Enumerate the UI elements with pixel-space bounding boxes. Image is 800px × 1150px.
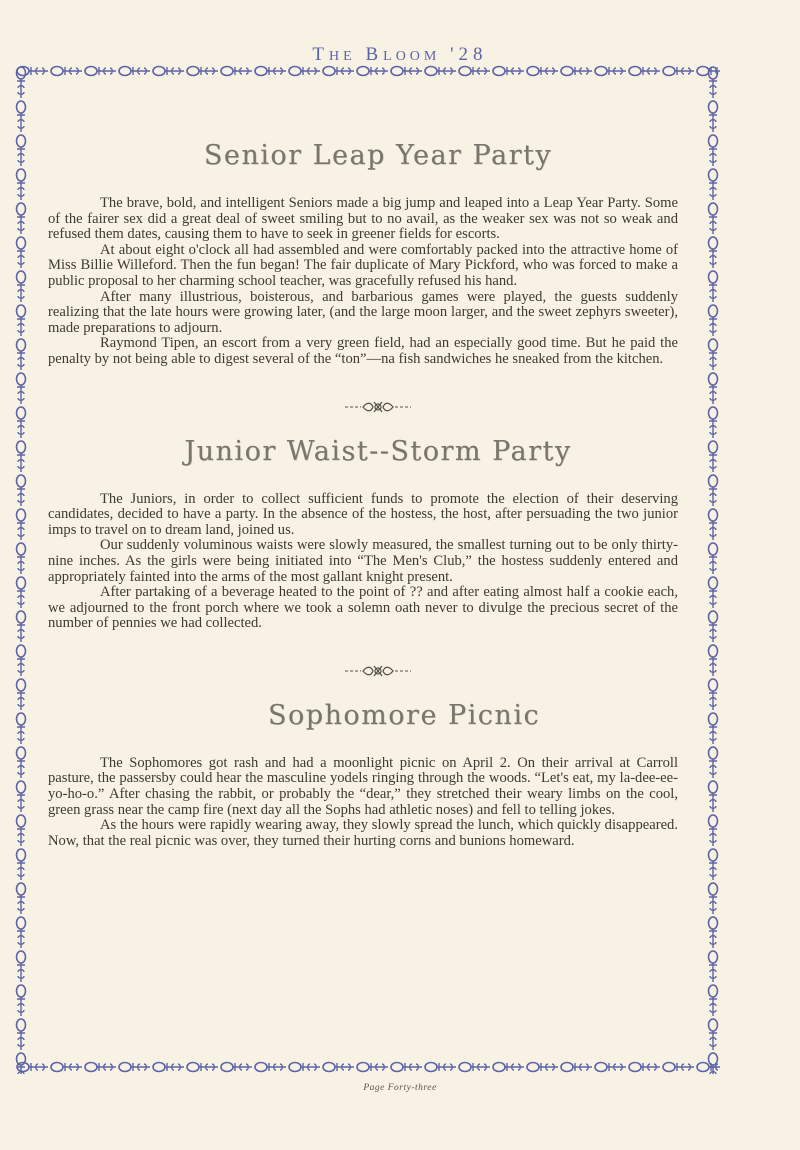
page-number: Page Forty-three (0, 1083, 800, 1093)
running-head-letter: B (356, 44, 383, 65)
paragraph: Our suddenly voluminous waists were slow… (48, 538, 678, 585)
running-head-letter: T (312, 44, 329, 65)
chain-border-top (14, 64, 720, 78)
paragraph: As the hours were rapidly wearing away, … (48, 818, 678, 849)
section-body: The Sophomores got rash and had a moonli… (78, 756, 678, 850)
paragraph: The Sophomores got rash and had a moonli… (48, 756, 678, 818)
section-body: The brave, bold, and intelligent Seniors… (78, 196, 678, 368)
chain-border-bottom (14, 1060, 720, 1074)
running-head: THE BLOOM '28 (0, 44, 800, 66)
paragraph: After many illustrious, boisterous, and … (48, 290, 678, 337)
section-title: Senior Leap Year Party (78, 142, 678, 169)
running-head-smallcaps: HE (329, 49, 356, 64)
section-sophomore-picnic: Sophomore Picnic The Sophomores got rash… (78, 702, 678, 850)
scroll-flourish-icon (78, 664, 678, 678)
section-junior-waist-storm-party: Junior Waist--Storm Party The Juniors, i… (78, 438, 678, 632)
paragraph: The brave, bold, and intelligent Seniors… (48, 196, 678, 243)
section-title: Sophomore Picnic (78, 702, 678, 729)
paragraph: After partaking of a beverage heated to … (48, 585, 678, 632)
section-title: Junior Waist--Storm Party (78, 438, 678, 465)
chain-border-left (14, 64, 28, 1074)
scroll-flourish-icon (78, 400, 678, 414)
chain-border-right (706, 64, 720, 1074)
section-body: The Juniors, in order to collect suffici… (78, 492, 678, 632)
paragraph: The Juniors, in order to collect suffici… (48, 492, 678, 539)
paragraph: Raymond Tipen, an escort from a very gre… (48, 336, 678, 367)
running-head-year: '28 (440, 44, 487, 65)
page-content: Senior Leap Year Party The brave, bold, … (78, 130, 678, 849)
section-senior-leap-year-party: Senior Leap Year Party The brave, bold, … (78, 142, 678, 368)
running-head-smallcaps: LOOM (383, 49, 440, 64)
paragraph: At about eight o'clock all had assembled… (48, 243, 678, 290)
